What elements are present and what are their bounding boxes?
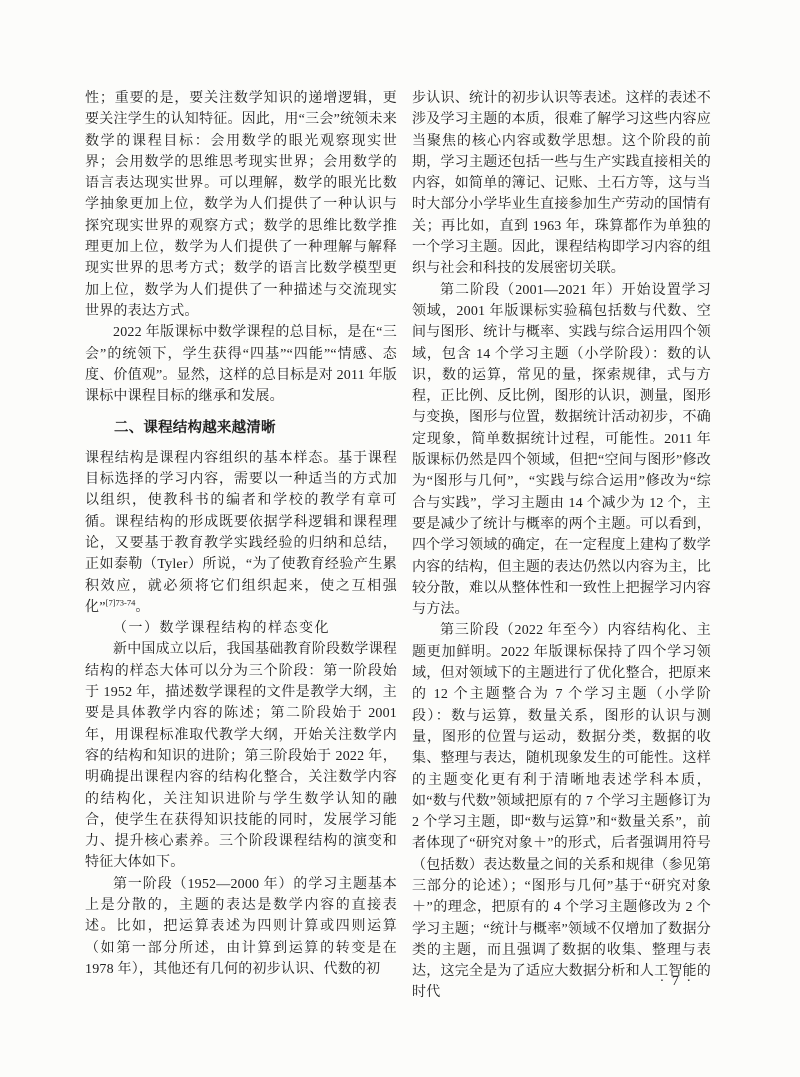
right-column: 步认识、统计的初步认识等表述。这样的表述不涉及学习主题的本质，很难了解学习这些内… <box>412 88 711 1004</box>
subsection-heading: （一）数学课程结构的样态变化 <box>85 618 397 639</box>
paragraph-continuation: 步认识、统计的初步认识等表述。这样的表述不涉及学习主题的本质，很难了解学习这些内… <box>412 88 711 280</box>
paragraph-course-structure: 课程结构是课程内容组织的基本样态。基于课程目标选择的学习内容，需要以一种适当的方… <box>85 448 397 618</box>
page-number: · 7 · <box>412 974 711 990</box>
paragraph-continuation: 性；重要的是，要关注数学知识的递增逻辑，更要关注学生的认知特征。因此，用“三会”… <box>85 88 397 322</box>
paragraph-three-stages: 新中国成立以后，我国基础教育阶段数学课程结构的样态大体可以分为三个阶段：第一阶段… <box>85 639 397 873</box>
paragraph-total-goal: 2022 年版课标中数学课程的总目标，是在“三会”的统领下，学生获得“四基”“四… <box>85 322 397 407</box>
paragraph-third-stage: 第三阶段（2022 年至今）内容结构化、主题更加鲜明。2022 年版课标保持了四… <box>412 620 711 1003</box>
paragraph-text: 课程结构是课程内容组织的基本样态。基于课程目标选择的学习内容，需要以一种适当的方… <box>85 451 397 615</box>
left-column: 性；重要的是，要关注数学知识的递增逻辑，更要关注学生的认知特征。因此，用“三会”… <box>85 88 397 980</box>
paragraph-second-stage: 第二阶段（2001—2021 年）开始设置学习领域，2001 年版课标实验稿包括… <box>412 280 711 621</box>
section-heading: 二、课程结构越来越清晰 <box>85 418 397 439</box>
paragraph-text-tail: 。 <box>135 600 149 615</box>
paragraph-first-stage: 第一阶段（1952—2000 年）的学习主题基本上是分散的，主题的表达是数学内容… <box>85 874 397 980</box>
citation-superscript: [7]73-74 <box>106 597 136 607</box>
document-page: 性；重要的是，要关注数学知识的递增逻辑，更要关注学生的认知特征。因此，用“三会”… <box>0 0 800 1077</box>
